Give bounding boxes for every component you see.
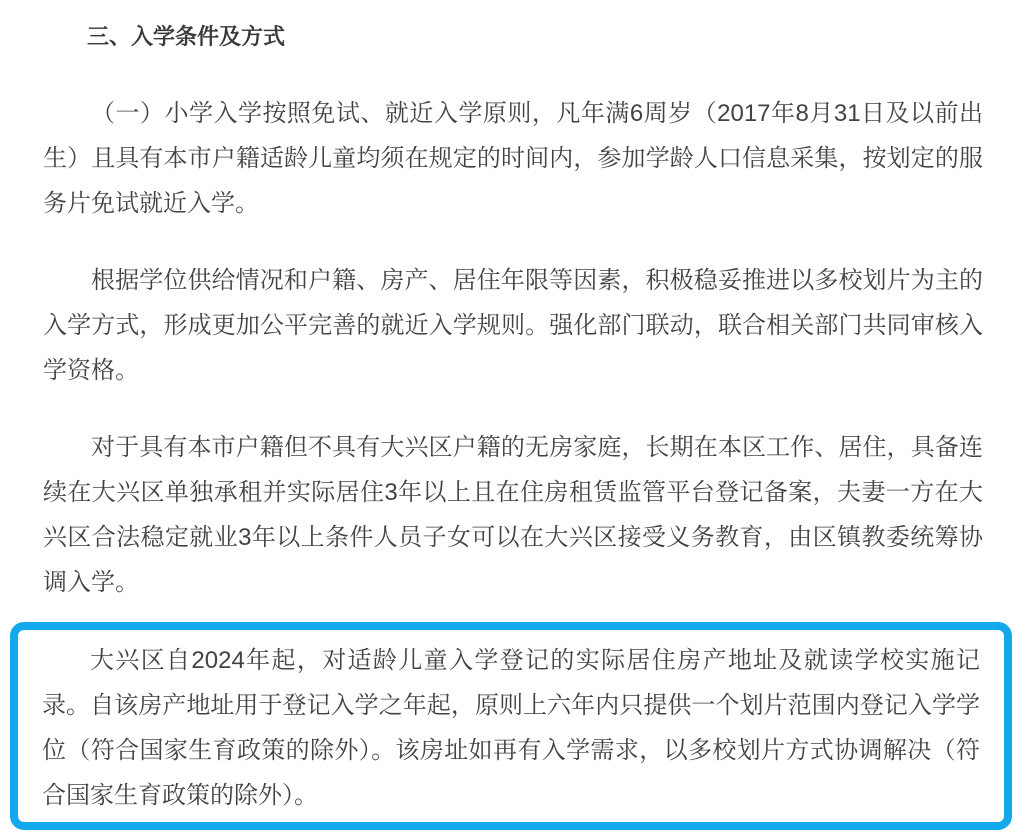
paragraph-multi-school-districting: 根据学位供给情况和户籍、房产、居住年限等因素，积极稳妥推进以多校划片为主的入学方… bbox=[43, 258, 983, 393]
paragraph-2024-address-record-policy: 大兴区自2024年起，对适龄儿童入学登记的实际居住房产地址及就读学校实施记录。自… bbox=[42, 638, 980, 818]
section-title: 三、入学条件及方式 bbox=[43, 14, 983, 59]
paragraph-non-daxing-hukou-families: 对于具有本市户籍但不具有大兴区户籍的无房家庭，长期在本区工作、居住，具备连续在大… bbox=[43, 425, 983, 605]
document-page: 三、入学条件及方式 （一）小学入学按照免试、就近入学原则，凡年满6周岁（2017… bbox=[0, 0, 1031, 838]
paragraph-primary-enrollment-principle: （一）小学入学按照免试、就近入学原则，凡年满6周岁（2017年8月31日及以前出… bbox=[43, 91, 983, 226]
highlight-annotation-box: 大兴区自2024年起，对适龄儿童入学登记的实际居住房产地址及就读学校实施记录。自… bbox=[10, 622, 1012, 830]
